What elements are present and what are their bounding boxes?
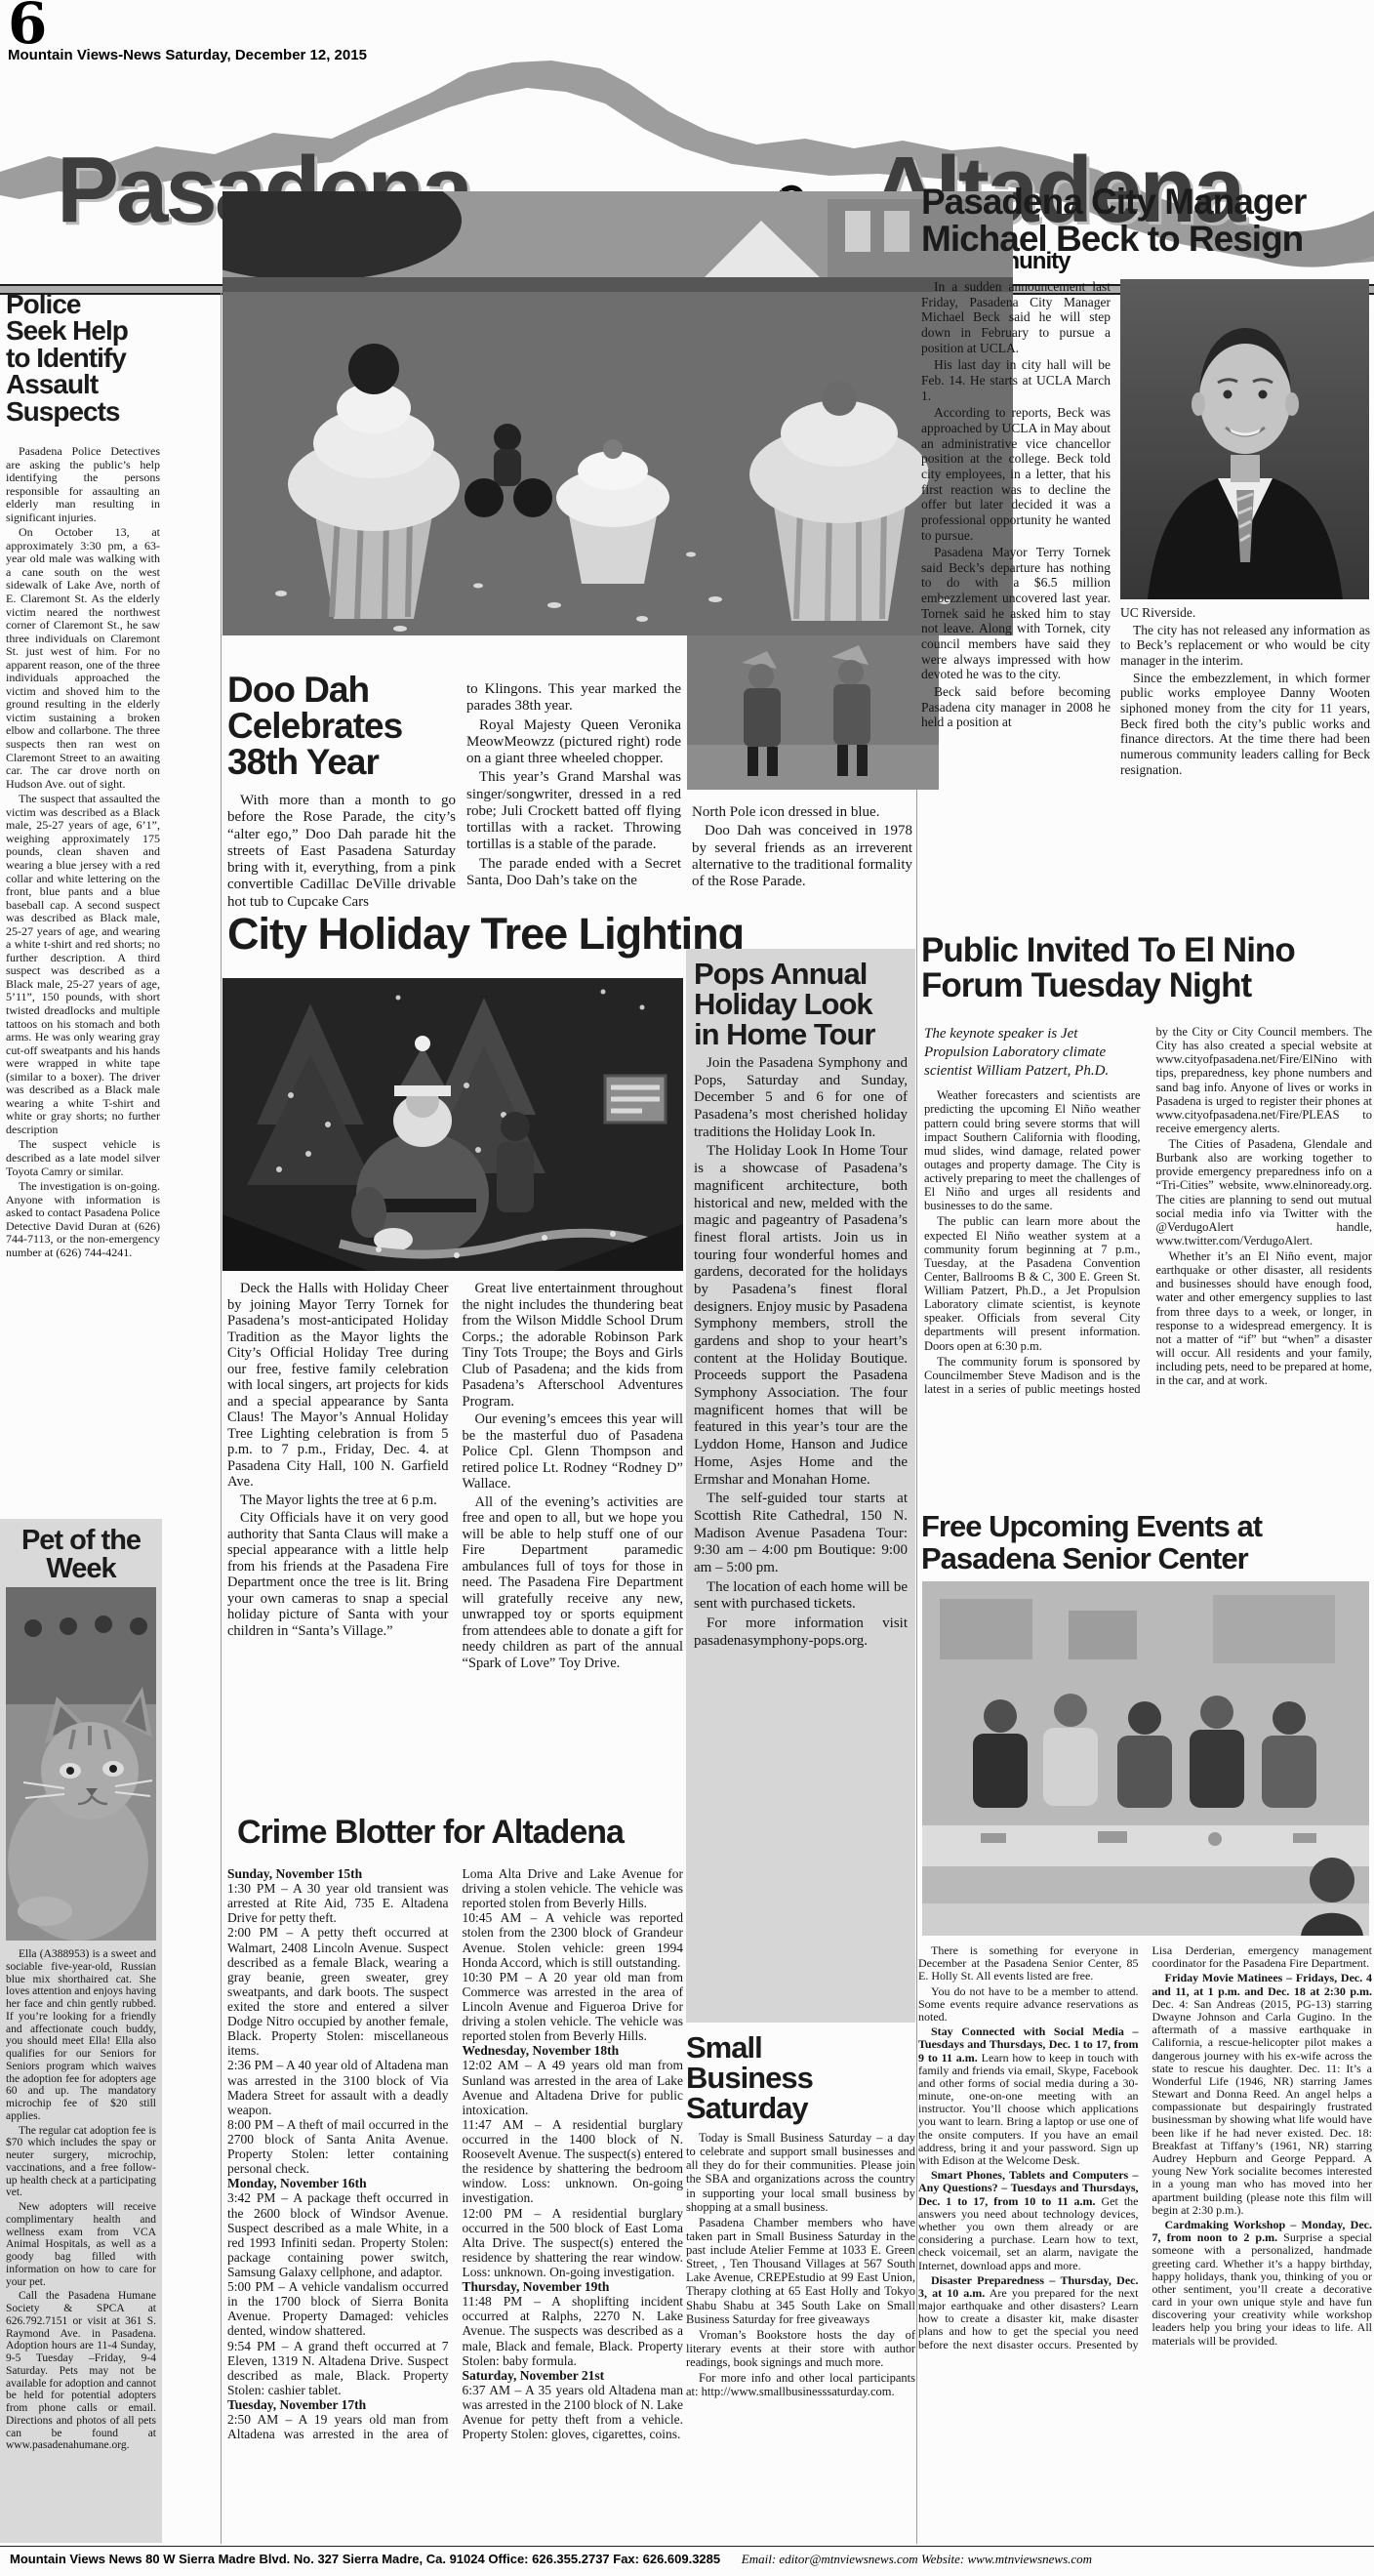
elnino-article-body: The keynote speaker is Jet Propulsion La… [924,1025,1372,1513]
elnino-article-title: Public Invited To El Nino Forum Tuesday … [921,933,1372,1004]
santa-village-photo [222,978,683,1271]
police-article-body: Pasadena Police Detectives are asking th… [6,445,160,1515]
paragraph: Pasadena Mayor Terry Tornek said Beck’s … [921,545,1111,682]
pops-home-tour-article: Pops Annual Holiday Look in Home Tour Jo… [686,949,915,2023]
blotter-day: Saturday, November 21st [463,2368,684,2383]
newspaper-page: 6 Mountain Views-News Saturday, December… [0,0,1374,2576]
blotter-entry: 10:45 AM – A vehicle was reported stolen… [463,1910,684,1969]
paragraph: Deck the Halls with Holiday Cheer by joi… [227,1281,449,1491]
doodah-article-title: Doo Dah Celebrates 38th Year [227,672,460,780]
paragraph: The regular cat adoption fee is $70 whic… [6,2125,156,2200]
blotter-entry: 2:36 PM – A 40 year old of Altadena man … [227,2058,449,2116]
police-article-title: Police Seek Help to Identify Assault Sus… [6,291,160,425]
small-business-title: Small Business Saturday [686,2032,915,2123]
paragraph: New adopters will receive complimentary … [6,2201,156,2288]
senior-center-photo [922,1581,1369,1936]
paragraph: His last day in city hall will be Feb. 1… [921,357,1111,403]
footer-address: Mountain Views News 80 W Sierra Madre Bl… [10,2552,720,2566]
small-business-article: Small Business Saturday Today is Small B… [686,2032,915,2544]
senior-center-title: Free Upcoming Events at Pasadena Senior … [921,1511,1372,1574]
paragraph: The investigation is on-going. Anyone wi… [6,1180,160,1259]
blotter-entry: 1:30 PM – A 30 year old transient was ar… [227,1881,449,1925]
paragraph: The suspect that assaulted the victim wa… [6,793,160,1136]
paragraph: The city has not released any informatio… [1120,623,1370,669]
paragraph: You do not have to be a member to attend… [918,1985,1139,2024]
paragraph: On October 13, at approximately 3:30 pm,… [6,526,160,791]
pops-article-title: Pops Annual Holiday Look in Home Tour [694,959,908,1049]
paragraph: Our evening’s emcees this year will be t… [463,1411,684,1492]
blotter-entry: 3:42 PM – A package theft occurred in th… [227,2190,449,2279]
blotter-entry: 11:47 AM – A residential burglary occurr… [463,2117,684,2206]
beck-article-title: Pasadena City Manager Michael Beck to Re… [921,184,1372,258]
paragraph: In a sudden announcement last Friday, Pa… [921,279,1111,355]
event-paragraph: Stay Connected with Social Media – Tuesd… [918,2025,1139,2167]
event-title: Friday Movie Matinees – Fridays, Dec. 4 … [1152,1971,1373,1997]
paragraph: For more info and other local participan… [686,2371,915,2398]
pet-of-week-title: Pet of the Week [0,1527,162,1583]
small-business-body: Today is Small Business Saturday – a day… [686,2131,915,2398]
blotter-entry: 11:48 PM – A shoplifting incident occurr… [463,2294,684,2368]
paragraph: All of the evening’s activities are free… [463,1494,684,1672]
paragraph: Doo Dah was conceived in 1978 by several… [692,823,912,890]
paragraph: Royal Majesty Queen Veronika MeowMeowzz … [466,717,681,768]
blotter-entry: 12:00 PM – A residential burglary occurr… [463,2206,684,2280]
blotter-day: Monday, November 16th [227,2176,449,2190]
pet-of-week-section: Pet of the Week [0,1519,162,2543]
doodah-parade-photo [222,191,1013,635]
doodah-column-1: With more than a month to go before the … [227,793,456,913]
blotter-day: Sunday, November 15th [227,1866,449,1881]
paragraph: North Pole icon dressed in blue. [692,804,912,821]
crime-blotter-title: Crime Blotter for Altadena [237,1816,686,1849]
event-paragraph: Smart Phones, Tablets and Computers – An… [918,2169,1139,2272]
paragraph: The self-guided tour starts at Scottish … [694,1491,908,1576]
paragraph: The Mayor lights the tree at 6 p.m. [227,1492,449,1509]
blotter-entry: 2:00 PM – A petty theft occurred at Walm… [227,1925,449,2058]
paragraph: The parade ended with a Secret Santa, Do… [466,856,681,890]
paragraph: There is something for everyone in Decem… [918,1944,1139,1983]
paragraph: Join the Pasadena Symphony and Pops, Sat… [694,1055,908,1141]
paragraph: Pasadena Chamber members who have taken … [686,2216,915,2326]
paragraph: Pasadena Police Detectives are asking th… [6,445,160,524]
paragraph: Weather forecasters and scientists are p… [924,1088,1141,1212]
tree-lighting-body: Deck the Halls with Holiday Cheer by joi… [227,1281,683,1814]
footer: Mountain Views News 80 W Sierra Madre Bl… [10,2552,1366,2567]
paragraph: The public can learn more about the expe… [924,1214,1141,1352]
article-lede: The keynote speaker is Jet Propulsion La… [924,1025,1141,1080]
paragraph: UC Riverside. [1120,605,1370,621]
paragraph: City Officials have it on very good auth… [227,1510,449,1639]
event-paragraph: Cardmaking Workshop – Monday, Dec. 7, fr… [1152,2219,1373,2348]
blotter-day: Tuesday, November 17th [227,2397,449,2412]
paragraph: The Holiday Look In Home Tour is a showc… [694,1143,908,1489]
blotter-day: Thursday, November 19th [463,2279,684,2294]
beck-column-1: In a sudden announcement last Friday, Pa… [921,279,1111,935]
senior-center-body: There is something for everyone in Decem… [918,1944,1372,2544]
blotter-entry: 10:30 PM – A 20 year old man from Commer… [463,1970,684,2044]
footer-rule [0,2546,1374,2547]
paragraph: Beck said before becoming Pasadena city … [921,684,1111,730]
footer-contact: Email: editor@mtnviewsnews.com Website: … [742,2552,1092,2566]
crime-blotter-body: Sunday, November 15th 1:30 PM – A 30 yea… [227,1866,683,2544]
paragraph: This year’s Grand Marshal was singer/son… [466,769,681,853]
pet-of-week-body: Ella (A388953) is a sweet and sociable f… [0,1948,162,2452]
paragraph: Whether it’s an El Niño event, major ear… [1156,1249,1373,1387]
paragraph: Today is Small Business Saturday – a day… [686,2131,915,2214]
blotter-day: Wednesday, November 18th [463,2043,684,2058]
paragraph: Call the Pasadena Humane Society & SPCA … [6,2290,156,2452]
paragraph: Since the embezzlement, in which former … [1120,671,1370,778]
doodah-queen-photo [687,635,939,790]
paragraph: According to reports, Beck was approache… [921,405,1111,543]
blotter-entry: 5:00 PM – A vehicle vandalism occurred i… [227,2279,449,2338]
blotter-entry: 8:00 PM – A theft of mail occurred in th… [227,2117,449,2176]
paragraph: Ella (A388953) is a sweet and sociable f… [6,1948,156,2123]
paragraph: Great live entertainment throughout the … [463,1281,684,1410]
paragraph: For more information visit pasadenasymph… [694,1615,908,1650]
paragraph: Vroman’s Bookstore hosts the day of lite… [686,2328,915,2369]
blotter-entry: 6:37 AM – A 35 years old Altadena man wa… [463,2383,684,2441]
doodah-column-3: North Pole icon dressed in blue. Doo Dah… [692,804,912,892]
event-paragraph: Friday Movie Matinees – Fridays, Dec. 4 … [1152,1972,1373,2217]
cat-ella-photo [6,1587,156,1941]
blotter-entry: 12:02 AM – A 49 years old man from Sunla… [463,2058,684,2116]
paragraph: The suspect vehicle is described as a la… [6,1138,160,1178]
pops-article-body: Join the Pasadena Symphony and Pops, Sat… [686,1055,915,1650]
paragraph: The location of each home will be sent w… [694,1579,908,1614]
paragraph: With more than a month to go before the … [227,793,456,911]
doodah-column-2: to Klingons. This year marked the parade… [466,681,681,891]
paragraph: to Klingons. This year marked the parade… [466,681,681,716]
paragraph: The Cities of Pasadena, Glendale and Bur… [1156,1137,1373,1247]
blotter-entry: 9:54 PM – A grand theft occurred at 7 El… [227,2339,449,2397]
michael-beck-portrait-photo [1120,279,1369,599]
beck-column-2: UC Riverside. The city has not released … [1120,605,1370,779]
column-rule [221,291,222,2544]
